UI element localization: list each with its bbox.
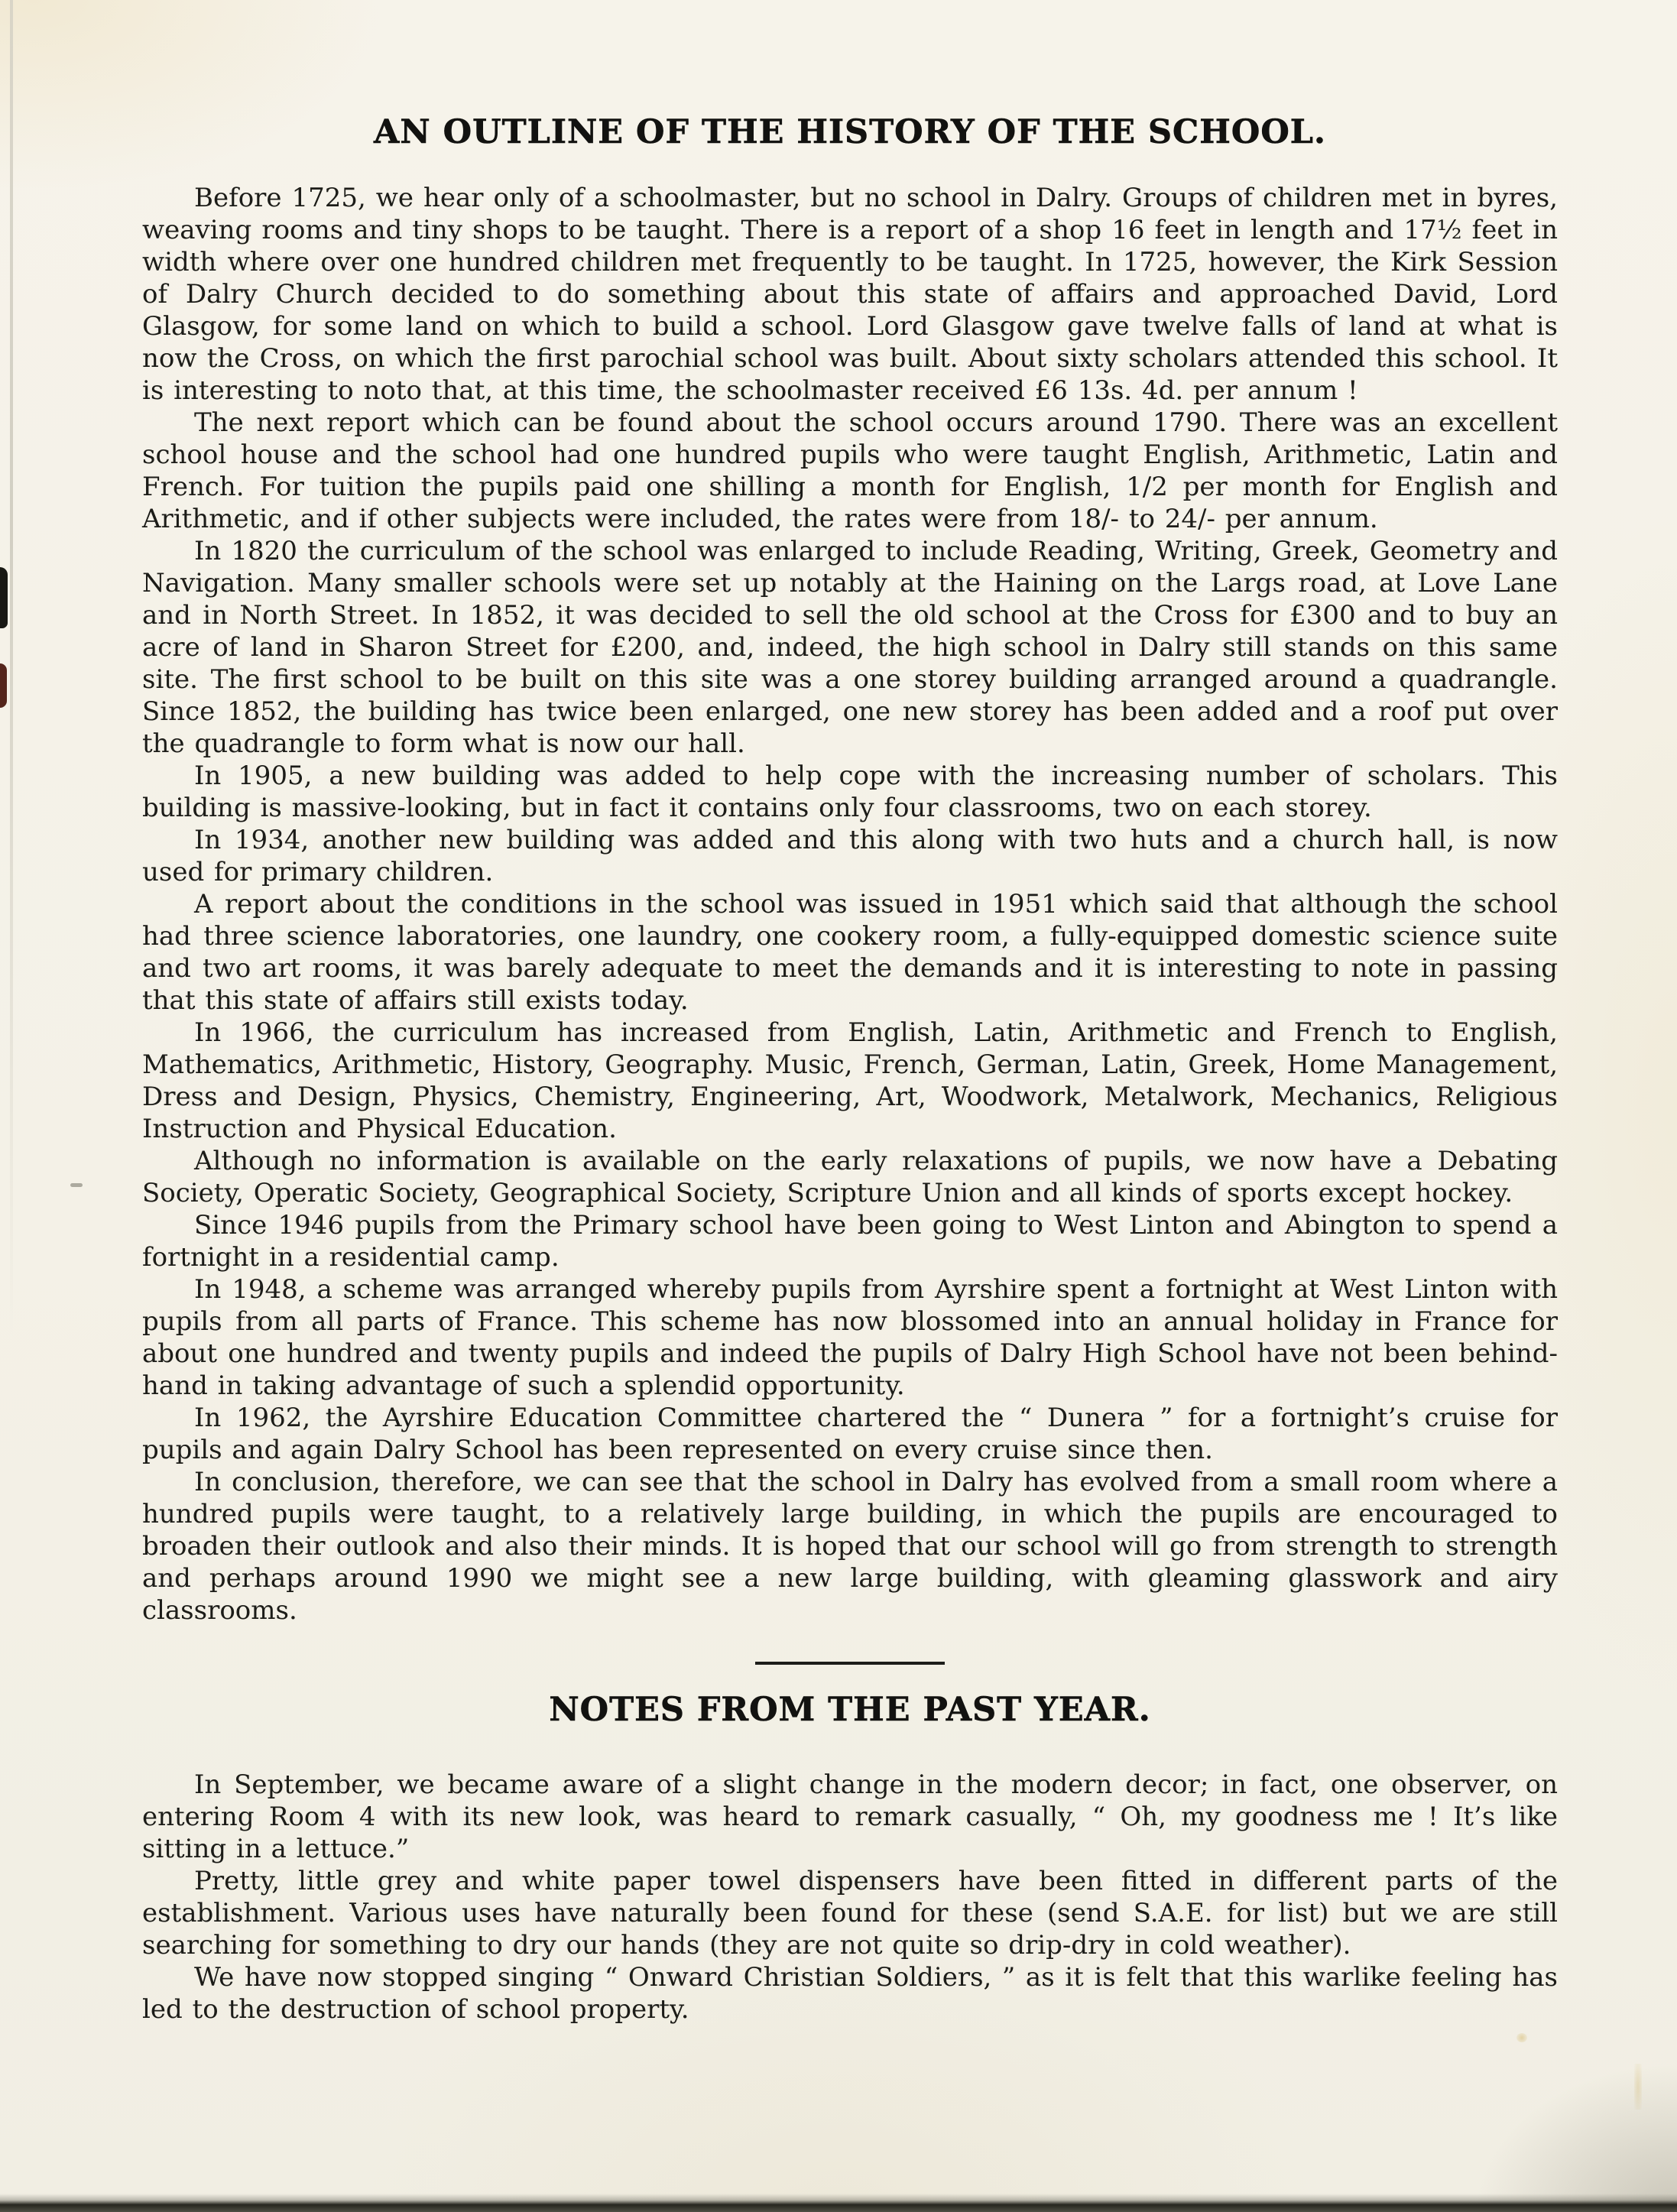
paragraph: In conclusion, therefore, we can see tha… xyxy=(142,1466,1558,1627)
section-divider xyxy=(755,1662,945,1665)
scan-artifact-page-bottom-edge xyxy=(0,2194,1677,2212)
paragraph: In 1905, a new building was added to hel… xyxy=(142,760,1558,824)
paragraph: Although no information is available on … xyxy=(142,1145,1558,1209)
paragraph: In 1962, the Ayrshire Education Committe… xyxy=(142,1402,1558,1466)
scan-artifact-black-blob xyxy=(0,567,8,628)
paragraph: In 1934, another new building was added … xyxy=(142,824,1558,888)
page-content: AN OUTLINE OF THE HISTORY OF THE SCHOOL.… xyxy=(142,113,1558,2026)
paragraph: The next report which can be found about… xyxy=(142,407,1558,535)
paragraph: In 1820 the curriculum of the school was… xyxy=(142,535,1558,760)
scan-artifact-speck xyxy=(70,1183,83,1187)
scan-artifact-brown-blob xyxy=(0,663,7,708)
scan-artifact-corner-shade xyxy=(1448,2044,1677,2212)
scan-artifact-yellow-spot xyxy=(1516,2033,1527,2042)
paragraph: Pretty, little grey and white paper towe… xyxy=(142,1865,1558,1961)
section-notes-title: NOTES FROM THE PAST YEAR. xyxy=(142,1691,1558,1729)
section-notes: In September, we became aware of a sligh… xyxy=(142,1769,1558,2026)
section-history: Before 1725, we hear only of a schoolmas… xyxy=(142,182,1558,1627)
paragraph: In September, we became aware of a sligh… xyxy=(142,1769,1558,1865)
paragraph: In 1966, the curriculum has increased fr… xyxy=(142,1017,1558,1145)
paragraph: A report about the conditions in the sch… xyxy=(142,888,1558,1017)
paragraph: We have now stopped singing “ Onward Chr… xyxy=(142,1961,1558,2026)
paragraph: Since 1946 pupils from the Primary schoo… xyxy=(142,1209,1558,1273)
scanned-page: AN OUTLINE OF THE HISTORY OF THE SCHOOL.… xyxy=(0,0,1677,2212)
section-history-title: AN OUTLINE OF THE HISTORY OF THE SCHOOL. xyxy=(142,113,1558,151)
paragraph: In 1948, a scheme was arranged whereby p… xyxy=(142,1273,1558,1402)
scan-artifact-crease-line xyxy=(10,0,13,1338)
paragraph: Before 1725, we hear only of a schoolmas… xyxy=(142,182,1558,407)
